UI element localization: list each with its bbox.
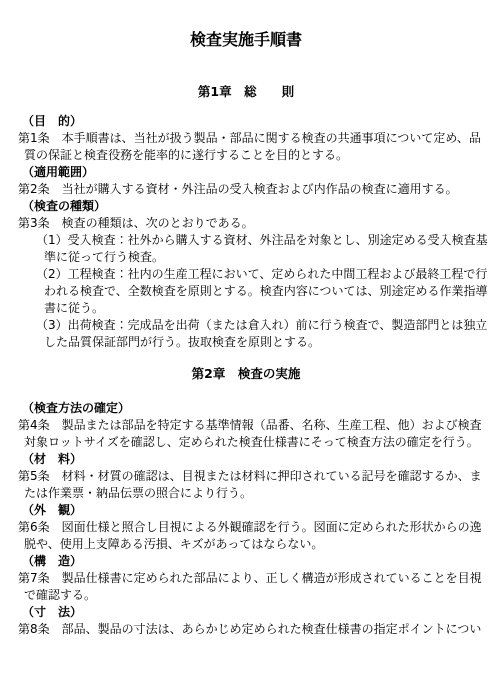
section-label-inspection-method: （検査方法の確定） [0, 400, 492, 417]
article-3-item-1-line-1: （1）受入検査：社外から購入する資材、外注品を対象とし、別途定める受入検査基 [0, 232, 492, 249]
section-label-appearance: （外 観） [0, 502, 492, 519]
section-label-structure: （構 造） [0, 553, 492, 570]
article-6-line-2: 脱や、使用上支障ある汚損、キズがあってはならない。 [0, 536, 492, 553]
article-1-line-1: 第1条 本手順書は、当社が扱う製品・部品に関する検査の共通事項について定め、品 [0, 130, 492, 147]
document-page: 検査実施手順書 第1章 総 則 （目 的） 第1条 本手順書は、当社が扱う製品・… [0, 0, 492, 678]
article-3-item-3-line-2: した品質保証部門が行う。抜取検査を原則とする。 [0, 334, 492, 351]
article-3-item-2-line-3: 書に従う。 [0, 300, 492, 317]
article-4-line-1: 第4条 製品または部品を特定する基準情報（品番、名称、生産工程、他）および検査 [0, 417, 492, 434]
article-1-line-2: 質の保証と検査役務を能率的に遂行することを目的とする。 [0, 147, 492, 164]
article-5-line-1: 第5条 材料・材質の確認は、目視または材料に押印されている記号を確認するか、ま [0, 468, 492, 485]
article-4-line-2: 対象ロットサイズを確認し、定められた検査仕様書にそって検査方法の確定を行う。 [0, 434, 492, 451]
article-7-line-1: 第7条 製品仕様書に定められた部品により、正しく構造が形成されていることを目視 [0, 570, 492, 587]
section-label-purpose: （目 的） [0, 113, 492, 130]
article-3-item-3-line-1: （3）出荷検査：完成品を出荷（または倉入れ）前に行う検査で、製造部門とは独立 [0, 317, 492, 334]
chapter-2-heading: 第2章 検査の実施 [0, 365, 492, 382]
article-5-line-2: たは作業票・納品伝票の照合により行う。 [0, 485, 492, 502]
article-6-line-1: 第6条 図面仕様と照合し目視による外観確認を行う。図面に定められた形状からの逸 [0, 519, 492, 536]
article-3-item-2-line-1: （2）工程検査：社内の生産工程において、定められた中間工程および最終工程で行 [0, 266, 492, 283]
document-title: 検査実施手順書 [0, 0, 492, 50]
article-3-line-1: 第3条 検査の種類は、次のとおりである。 [0, 215, 492, 232]
section-label-dimensions: （寸 法） [0, 604, 492, 621]
article-3-item-1-line-2: 準に従って行う検査。 [0, 249, 492, 266]
article-3-item-2-line-2: われる検査で、全数検査を原則とする。検査内容については、別途定める作業指導 [0, 283, 492, 300]
article-8-line-1: 第8条 部品、製品の寸法は、あらかじめ定められた検査仕様書の指定ポイントについ [0, 621, 492, 638]
article-7-line-2: で確認する。 [0, 587, 492, 604]
section-label-scope: （適用範囲） [0, 164, 492, 181]
section-label-inspection-types: （検査の種類） [0, 198, 492, 215]
chapter-1-heading: 第1章 総 則 [0, 83, 492, 100]
section-label-material: （材 料） [0, 451, 492, 468]
article-2-line-1: 第2条 当社が購入する資材・外注品の受入検査および内作品の検査に適用する。 [0, 181, 492, 198]
